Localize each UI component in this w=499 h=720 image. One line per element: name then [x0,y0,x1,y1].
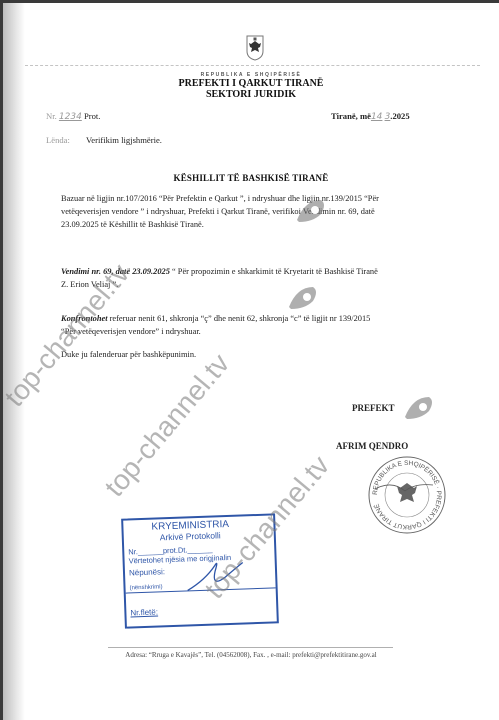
addressee-title: KËSHILLIT TË BASHKISË TIRANË [3,173,499,183]
albania-coat-of-arms-icon [246,33,264,61]
document-page: REPUBLIKA E SHQIPËRISË PREFEKTI I QARKUT… [3,3,499,720]
subject-line: Lënda: Verifikim ligjshmërie. [46,135,162,145]
channel-logo-watermark-icon [401,393,435,423]
watermark-text: top-channel.tv [98,348,236,503]
sector-title: SEKTORI JURIDIK [3,89,499,100]
subject-label: Lënda: [46,135,70,145]
footer-address: Adresa: “Rruga e Kavajës”, Tel. (0456200… [3,651,499,659]
paragraph-legal-basis: Bazuar në ligjin nr.107/2016 “Për Prefek… [61,192,379,231]
page-edge-shadow [3,3,25,720]
paragraph-confrontation: Konfrontohet referuar nenit 61, shkronja… [61,312,370,338]
protocol-number: Nr. 1234 Prot. [46,111,100,122]
date-year: .2025 [390,111,409,121]
place-date: Tiranë, më14 3.2025 [331,111,410,122]
header-rule [25,65,480,66]
protocol-number-handwritten: 1234 [59,112,82,122]
prefecture-seal-icon: REPUBLIKA E SHQIPËRISË · PREFEKTI I QARK… [367,455,447,535]
footer-rule [108,647,393,648]
channel-logo-watermark-icon [293,196,327,226]
paragraph-thanks: Duke ju falenderuar për bashkëpunimin. [61,348,196,361]
signatory-name: AFRIM QENDRO [336,441,408,451]
institution-title: PREFEKTI I QARKUT TIRANË [3,78,499,89]
subject-value: Verifikim ligjshmërie. [86,135,162,145]
date-day: 14 [371,112,382,122]
signatory-title: PREFEKT [352,403,395,413]
channel-logo-watermark-icon [285,283,319,313]
